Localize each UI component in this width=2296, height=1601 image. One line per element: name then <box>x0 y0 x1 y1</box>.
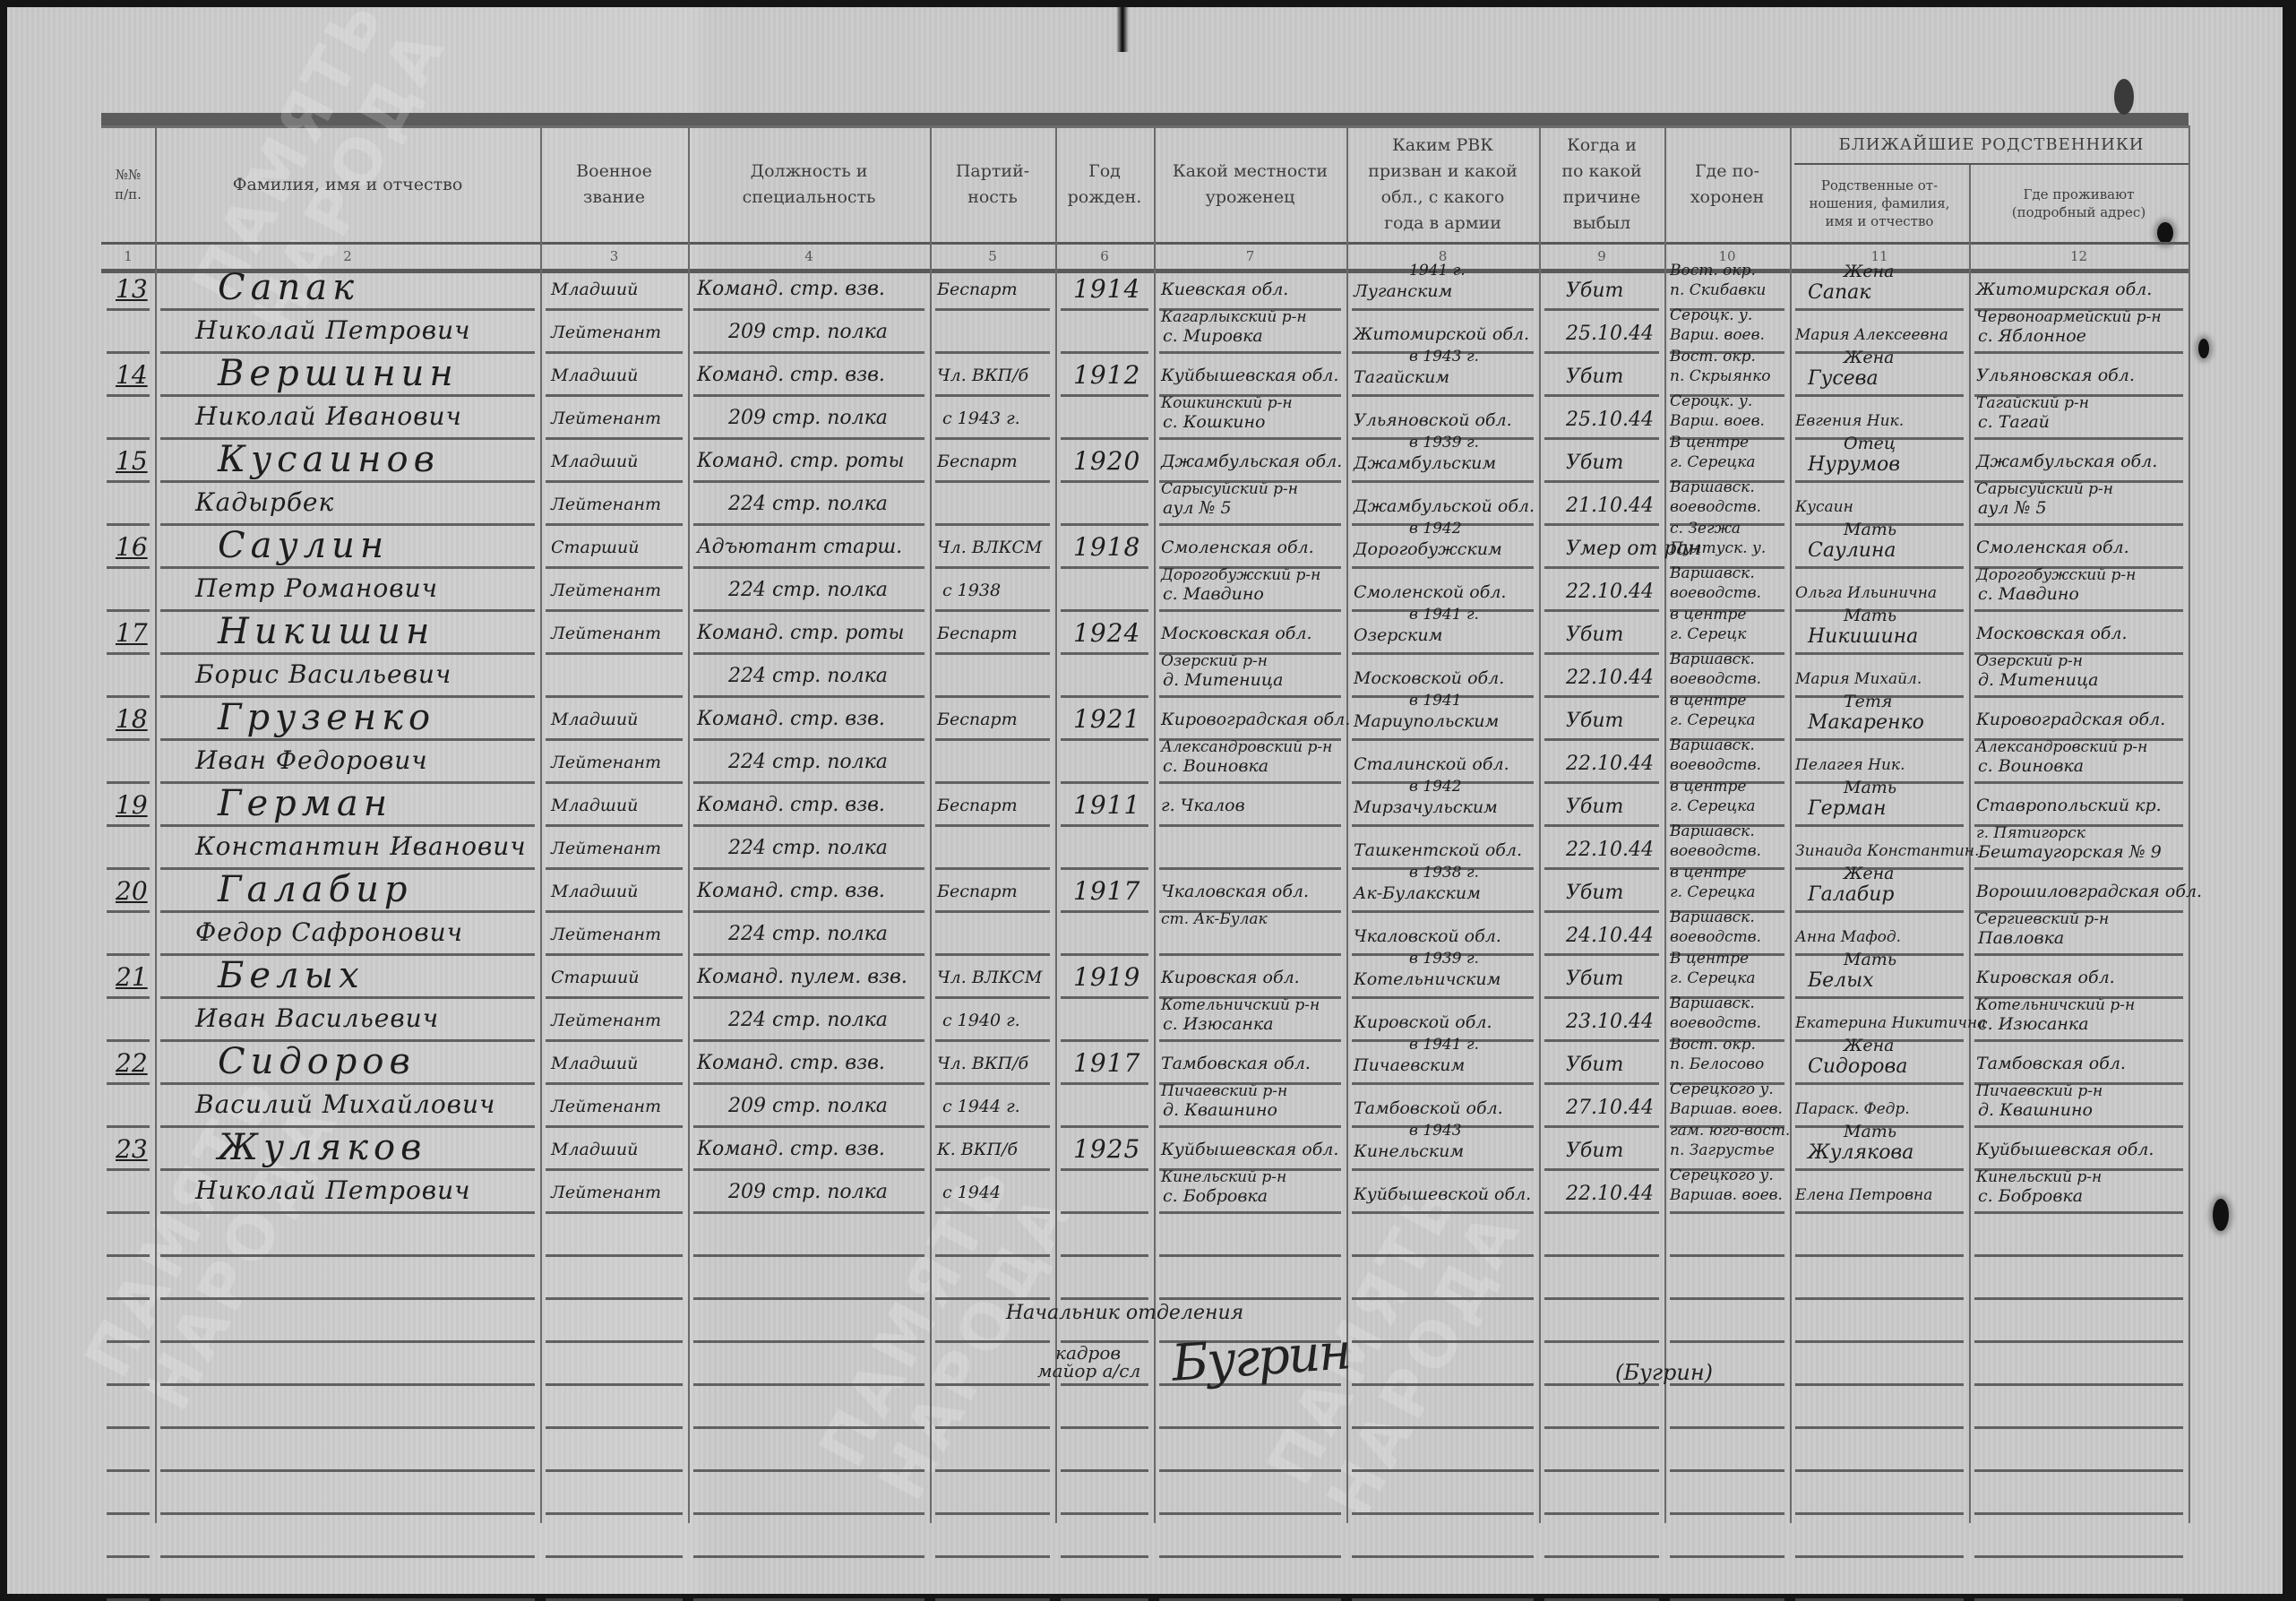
ruled-line <box>160 996 535 999</box>
relation: Тетя <box>1844 692 1893 711</box>
ruled-line <box>935 1254 1050 1257</box>
ruled-line <box>1974 695 2183 698</box>
relatives-group-header: БЛИЖАЙШИЕ РОДСТВЕННИКИ <box>1794 125 2189 165</box>
ruled-line <box>693 609 924 612</box>
ruled-line <box>546 394 683 397</box>
post-line1: Команд. стр. взв. <box>697 880 885 902</box>
column-divider <box>688 125 690 1523</box>
ruled-line <box>1061 308 1148 311</box>
rvk-district: Луганским <box>1354 281 1452 301</box>
ruled-line <box>1544 1168 1659 1171</box>
birthplace-line1: Чкаловская обл. <box>1161 882 1309 901</box>
rank-line1: Старший <box>551 538 640 557</box>
ruled-line <box>546 1512 683 1515</box>
birthplace-line1: Джамбульская обл. <box>1161 452 1342 471</box>
ruled-line <box>1061 1555 1148 1558</box>
cause: Убит <box>1566 882 1623 904</box>
column-number: 6 <box>1055 245 1154 267</box>
ruled-line <box>1061 351 1148 354</box>
birthplace-line2: ст. Ак-Булак <box>1161 910 1268 928</box>
birth-year: 1924 <box>1073 618 1140 648</box>
ruled-line <box>546 652 683 655</box>
party-line1: Беспарт <box>937 280 1018 299</box>
ink-stain <box>2114 79 2134 115</box>
post-line2: 224 стр. полка <box>728 837 888 859</box>
address-line3: с. Бобровка <box>1978 1186 2083 1206</box>
party-line1: Чл. ВКП/б <box>937 366 1028 385</box>
ruled-line <box>935 1512 1050 1515</box>
address-line3: д. Митеница <box>1978 670 2098 690</box>
date: 25.10.44 <box>1566 409 1654 431</box>
rank-line2: Лейтенант <box>551 925 661 944</box>
ruled-line <box>1795 480 1964 483</box>
address-line2: Александровский р-н <box>1976 738 2147 756</box>
burial-line4: Варш. воев. <box>1670 412 1765 430</box>
burial-line4: воеводств. <box>1670 1014 1761 1032</box>
ruled-line <box>1061 953 1148 956</box>
ruled-line <box>107 1125 150 1128</box>
ruled-line <box>693 1297 924 1300</box>
birthplace-line2: Дорогобужский р-н <box>1161 566 1320 584</box>
ruled-line <box>693 1340 924 1343</box>
rvk-district: Тагайским <box>1354 367 1449 387</box>
ruled-line <box>1795 1469 1964 1472</box>
ruled-line <box>107 566 150 569</box>
ruled-line <box>107 609 150 612</box>
column-divider <box>930 125 932 1523</box>
post-line1: Команд. стр. взв. <box>697 364 885 386</box>
burial-line1: гам. юго-вост. <box>1670 1122 1790 1140</box>
ruled-line <box>1352 1426 1534 1429</box>
relation: Мать <box>1844 520 1896 539</box>
burial-line2: г. Серецка <box>1670 883 1756 901</box>
birthplace-line2: Котельничский р-н <box>1161 996 1320 1014</box>
ruled-line <box>1159 1555 1341 1558</box>
ruled-line <box>1061 437 1148 440</box>
ruled-line <box>693 695 924 698</box>
birth-year: 1917 <box>1073 876 1140 906</box>
ruled-line <box>935 394 1050 397</box>
rvk-district: Пичаевским <box>1354 1055 1465 1075</box>
surname: Грузенко <box>218 697 435 738</box>
ruled-line <box>1795 910 1964 913</box>
post-line2: 224 стр. полка <box>728 665 888 687</box>
ruled-line <box>1061 824 1148 827</box>
relative-given: Мария Михайл. <box>1795 670 1922 688</box>
date: 25.10.44 <box>1566 323 1654 345</box>
birthplace-line3: аул № 5 <box>1163 498 1232 518</box>
given-names: Иван Васильевич <box>195 1003 439 1033</box>
ruled-line <box>1061 566 1148 569</box>
ruled-line <box>160 1340 535 1343</box>
ruled-line <box>1159 1469 1341 1472</box>
ruled-line <box>546 1340 683 1343</box>
relative-given: Анна Мафод. <box>1795 928 1901 946</box>
rank-line1: Младший <box>551 280 638 299</box>
burial-line4: Варш. воев. <box>1670 326 1765 344</box>
date: 22.10.44 <box>1566 581 1654 603</box>
ruled-line <box>935 1340 1050 1343</box>
rvk-year: в 1941 <box>1409 692 1462 710</box>
ruled-line <box>1974 781 2183 784</box>
burial-line3: Варшавск. <box>1670 650 1755 668</box>
relative-surname: Саулина <box>1808 539 1896 562</box>
document-page: ПАМЯТЬ НАРОДАПАМЯТЬ НАРОДАПАМЯТЬ НАРОДАП… <box>7 7 2283 1594</box>
post-line1: Команд. стр. роты <box>697 450 904 472</box>
address-line1: Тамбовская обл. <box>1976 1054 2126 1073</box>
relative-surname: Сидорова <box>1808 1055 1907 1078</box>
column-header: Какой местности уроженец <box>1154 125 1346 244</box>
birthplace-line2: Кошкинский р-н <box>1161 394 1293 412</box>
rank-line1: Младший <box>551 1140 638 1159</box>
burial-line2: п. Скибавки <box>1670 281 1766 299</box>
given-names: Кадырбек <box>195 487 334 517</box>
ruled-line <box>693 480 924 483</box>
ruled-line <box>1352 1469 1534 1472</box>
rvk-year: в 1941 г. <box>1409 606 1479 624</box>
cause: Убит <box>1566 280 1623 302</box>
paper-hole <box>2198 339 2209 358</box>
cause: Убит <box>1566 1140 1623 1162</box>
address-line2: Дорогобужский р-н <box>1976 566 2136 584</box>
ruled-line <box>107 1039 150 1042</box>
column-number: 12 <box>1969 245 2189 267</box>
surname: Жуляков <box>218 1127 426 1168</box>
ruled-line <box>1159 1125 1341 1128</box>
ruled-line <box>1061 695 1148 698</box>
ruled-line <box>1670 1340 1784 1343</box>
ruled-line <box>1974 1469 2183 1472</box>
ruled-line <box>546 308 683 311</box>
birthplace-line1: Кировская обл. <box>1161 968 1300 987</box>
burial-line2: Пултуск. у. <box>1670 539 1766 557</box>
column-header: Год рожден. <box>1055 125 1154 244</box>
ruled-line <box>1352 910 1534 913</box>
ruled-line <box>935 1426 1050 1429</box>
relative-given: Мария Алексеевна <box>1795 326 1948 344</box>
ruled-line <box>935 996 1050 999</box>
cause: Убит <box>1566 1054 1623 1076</box>
ruled-line <box>1795 1555 1964 1558</box>
ruled-line <box>546 996 683 999</box>
post-line2: 224 стр. полка <box>728 1009 888 1031</box>
rvk-district: Джамбульским <box>1354 453 1496 473</box>
ruled-line <box>693 910 924 913</box>
ruled-line <box>1795 824 1964 827</box>
relative-given: Зинаида Константин. <box>1795 842 1979 860</box>
column-divider <box>1539 125 1541 1523</box>
ruled-line <box>1061 867 1148 870</box>
ruled-line <box>1544 910 1659 913</box>
ruled-line <box>693 437 924 440</box>
ruled-line <box>107 1082 150 1085</box>
birthplace-line1: Киевская обл. <box>1161 280 1288 299</box>
ruled-line <box>1159 1512 1341 1515</box>
cause: Убит <box>1566 366 1623 388</box>
ruled-line <box>1795 1426 1964 1429</box>
party-line2: с 1944 г. <box>942 1097 1020 1116</box>
post-line1: Команд. стр. взв. <box>697 794 885 816</box>
address-line3: с. Воиновка <box>1978 756 2084 776</box>
ruled-line <box>693 394 924 397</box>
post-line2: 224 стр. полка <box>728 923 888 945</box>
ruled-line <box>935 523 1050 526</box>
surname: Вершинин <box>218 353 459 394</box>
address-line3: Павловка <box>1978 928 2064 948</box>
column-divider <box>1664 125 1666 1523</box>
ruled-line <box>935 824 1050 827</box>
burial-line4: Варшав. воев. <box>1670 1186 1783 1204</box>
ruled-line <box>1159 609 1341 612</box>
relative-surname: Сапак <box>1808 281 1870 304</box>
ruled-line <box>1544 480 1659 483</box>
relative-given: Параск. Федр. <box>1795 1100 1910 1118</box>
ruled-line <box>1974 1125 2183 1128</box>
ruled-line <box>1544 695 1659 698</box>
ruled-line <box>160 1254 535 1257</box>
cause: Убит <box>1566 968 1623 990</box>
ruled-line <box>1061 1254 1148 1257</box>
ruled-line <box>160 1082 535 1085</box>
rank-line1: Старший <box>551 968 640 987</box>
birthplace-line3: д. Митеница <box>1163 670 1283 690</box>
burial-line3: Варшавск. <box>1670 822 1755 840</box>
ruled-line <box>1670 1469 1784 1472</box>
given-names: Петр Романович <box>195 573 438 603</box>
relative-surname: Макаренко <box>1808 711 1924 734</box>
birthplace-line1: Московская обл. <box>1161 624 1312 643</box>
ruled-line <box>693 523 924 526</box>
rvk-district: Озерским <box>1354 625 1442 645</box>
column-number: 5 <box>930 245 1055 267</box>
rank-line1: Младший <box>551 796 638 815</box>
ruled-line <box>935 1297 1050 1300</box>
ruled-line <box>160 1383 535 1386</box>
ruled-line <box>1795 394 1964 397</box>
address-line2: Кинельский р-н <box>1976 1168 2102 1186</box>
ruled-line <box>107 1512 150 1515</box>
date: 22.10.44 <box>1566 1183 1654 1205</box>
birth-year: 1920 <box>1073 446 1140 476</box>
column-divider <box>2189 125 2190 1523</box>
ruled-line <box>935 480 1050 483</box>
ruled-line <box>546 1297 683 1300</box>
ruled-line <box>1061 1469 1148 1472</box>
ruled-line <box>935 609 1050 612</box>
column-header: Где по- хоронен <box>1664 125 1790 244</box>
ruled-line <box>1974 1254 2183 1257</box>
burial-line2: г. Серецка <box>1670 453 1756 471</box>
birthplace-line2: Пичаевский р-н <box>1161 1082 1287 1100</box>
ruled-line <box>935 1469 1050 1472</box>
ruled-line <box>1795 308 1964 311</box>
ruled-line <box>693 867 924 870</box>
ruled-line <box>935 1039 1050 1042</box>
ruled-line <box>107 1168 150 1171</box>
burial-line1: в центре <box>1670 692 1746 710</box>
ruled-line <box>1061 609 1148 612</box>
ruled-line <box>935 1555 1050 1558</box>
ruled-line <box>1544 996 1659 999</box>
ruled-line <box>1795 996 1964 999</box>
birthplace-line2: Александровский р-н <box>1161 738 1332 756</box>
relative-given: Ольга Ильинична <box>1795 584 1937 602</box>
row-number: 19 <box>116 790 148 820</box>
ruled-line <box>1795 1082 1964 1085</box>
burial-line4: Варшав. воев. <box>1670 1100 1783 1118</box>
row-number: 18 <box>116 704 148 734</box>
post-line1: Команд. стр. взв. <box>697 708 885 730</box>
relation: Мать <box>1844 778 1896 797</box>
ruled-line <box>1159 1254 1341 1257</box>
ruled-line <box>1061 1125 1148 1128</box>
birthplace-line1: Смоленская обл. <box>1161 538 1314 557</box>
ruled-line <box>1159 1297 1341 1300</box>
ruled-line <box>107 394 150 397</box>
ruled-line <box>1670 1297 1784 1300</box>
ruled-line <box>1544 351 1659 354</box>
date: 24.10.44 <box>1566 925 1654 947</box>
address-line1: Кировоградская обл. <box>1976 710 2165 729</box>
ruled-line <box>1159 1039 1341 1042</box>
ruled-line <box>1544 953 1659 956</box>
ruled-line <box>693 1039 924 1042</box>
ruled-line <box>935 738 1050 741</box>
post-line2: 209 стр. полка <box>728 1181 888 1203</box>
ruled-line <box>107 824 150 827</box>
ruled-line <box>1974 1297 2183 1300</box>
birth-year: 1911 <box>1073 790 1140 820</box>
rank-line2: Лейтенант <box>551 839 661 858</box>
ruled-line <box>1974 1512 2183 1515</box>
burial-line1: в центре <box>1670 606 1746 624</box>
birthplace-line3: д. Квашнино <box>1163 1100 1277 1120</box>
ruled-line <box>107 867 150 870</box>
burial-line2: п. Белосово <box>1670 1055 1764 1073</box>
ruled-line <box>546 1039 683 1042</box>
relation: Жена <box>1844 348 1894 367</box>
birth-year: 1917 <box>1073 1048 1140 1078</box>
ruled-line <box>1159 437 1341 440</box>
post-line1: Команд. пулем. взв. <box>697 966 907 988</box>
burial-line4: воеводств. <box>1670 928 1761 946</box>
burial-line1: В центре <box>1670 434 1749 452</box>
relative-surname: Жулякова <box>1808 1141 1913 1164</box>
ruled-line <box>935 695 1050 698</box>
burial-line4: воеводств. <box>1670 584 1761 602</box>
ruled-line <box>1159 824 1341 827</box>
ruled-line <box>1352 1297 1534 1300</box>
ruled-line <box>1544 1125 1659 1128</box>
ruled-line <box>1352 824 1534 827</box>
rvk-district: Дорогобужским <box>1354 539 1502 559</box>
cause: Убит <box>1566 710 1623 732</box>
address-line2: Тагайский р-н <box>1976 394 2089 412</box>
rank-line1: Младший <box>551 366 638 385</box>
birthplace-line2: Кагарлыкский р-н <box>1161 308 1307 326</box>
birthplace-line3: с. Кошкино <box>1163 412 1265 432</box>
header-divider <box>101 242 2189 245</box>
row-number: 15 <box>116 446 148 476</box>
birth-year: 1914 <box>1073 274 1140 304</box>
row-number: 23 <box>116 1134 148 1164</box>
signature-rank: майор а/сл <box>1037 1360 1140 1382</box>
rvk-district: Кинельским <box>1354 1141 1464 1161</box>
relative-surname: Никишина <box>1808 625 1918 648</box>
post-line1: Команд. стр. взв. <box>697 278 885 300</box>
column-number: 7 <box>1154 245 1346 267</box>
address-line1: Смоленская обл. <box>1976 538 2129 557</box>
rank-line1: Младший <box>551 710 638 729</box>
ruled-line <box>107 1555 150 1558</box>
rvk-region: Ташкентской обл. <box>1354 840 1522 860</box>
party-line1: К. ВКП/б <box>937 1140 1018 1159</box>
ruled-line <box>1544 1555 1659 1558</box>
burial-line4: воеводств. <box>1670 670 1761 688</box>
ruled-line <box>1670 1555 1784 1558</box>
ruled-line <box>693 1469 924 1472</box>
rvk-region: Чкаловской обл. <box>1354 926 1501 946</box>
ruled-line <box>107 437 150 440</box>
ruled-line <box>546 1168 683 1171</box>
party-line1: Чл. ВКП/б <box>937 1054 1028 1073</box>
address-line2: Котельничский р-н <box>1976 996 2135 1014</box>
ruled-line <box>546 824 683 827</box>
rvk-district: Ак-Булакским <box>1354 883 1481 903</box>
ruled-line <box>1670 1426 1784 1429</box>
ruled-line <box>160 308 535 311</box>
surname: Герман <box>218 783 392 824</box>
ruled-line <box>160 738 535 741</box>
ruled-line <box>546 867 683 870</box>
ruled-line <box>546 437 683 440</box>
ruled-line <box>1544 1297 1659 1300</box>
column-header: Родственные от- ношения, фамилия, имя и … <box>1790 168 1969 238</box>
ruled-line <box>1061 1383 1148 1386</box>
ruled-line <box>546 1254 683 1257</box>
surname: Белых <box>218 955 365 996</box>
birth-year: 1921 <box>1073 704 1140 734</box>
ruled-line <box>107 953 150 956</box>
rvk-year: в 1939 г. <box>1409 950 1479 968</box>
post-line1: Команд. стр. роты <box>697 622 904 644</box>
birth-year: 1912 <box>1073 360 1140 390</box>
ruled-line <box>546 1211 683 1214</box>
rvk-region: Кировской обл. <box>1354 1012 1492 1032</box>
burial-line1: в центре <box>1670 778 1746 796</box>
ruled-line <box>107 1254 150 1257</box>
ruled-line <box>1352 394 1534 397</box>
ruled-line <box>1974 1383 2183 1386</box>
rvk-year: в 1938 г. <box>1409 864 1479 882</box>
burial-line3: Серецкого у. <box>1670 1080 1774 1098</box>
ruled-line <box>546 953 683 956</box>
paper-tear <box>1116 7 1129 52</box>
rvk-year: в 1943 <box>1409 1122 1462 1140</box>
party-line2: с 1940 г. <box>942 1011 1020 1030</box>
address-line1: Ульяновская обл. <box>1976 366 2135 385</box>
ruled-line <box>693 1426 924 1429</box>
ruled-line <box>1974 523 2183 526</box>
ruled-line <box>1352 1383 1534 1386</box>
birth-year: 1919 <box>1073 962 1140 992</box>
rvk-year: в 1941 г. <box>1409 1036 1479 1054</box>
ruled-line <box>1159 1426 1341 1429</box>
ruled-line <box>1544 824 1659 827</box>
column-header: Партий- ность <box>930 125 1055 244</box>
ruled-line <box>1352 1340 1534 1343</box>
ruled-line <box>1061 1039 1148 1042</box>
